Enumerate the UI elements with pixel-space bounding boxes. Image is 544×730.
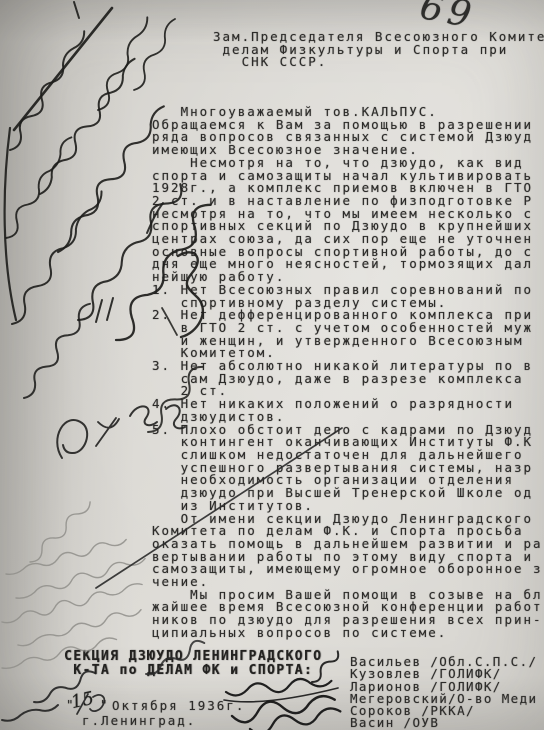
marginalia-stroke bbox=[134, 19, 175, 90]
marginalia-date-mark bbox=[96, 418, 119, 446]
pencil-stroke bbox=[2, 584, 142, 623]
marginalia-stroke bbox=[24, 304, 90, 398]
pencil-stroke bbox=[16, 559, 145, 599]
marginalia-tick bbox=[74, 2, 79, 18]
marginalia-stroke bbox=[98, 17, 147, 110]
marginalia-ticks bbox=[96, 298, 113, 322]
signature-flourish bbox=[116, 205, 211, 340]
marginalia-stroke bbox=[78, 184, 181, 320]
pencil-stroke bbox=[18, 610, 141, 646]
marginalia-stroke bbox=[2, 705, 58, 721]
marginalia-curve bbox=[5, 128, 16, 320]
handwritten-day-strokes bbox=[77, 694, 104, 714]
crossing-line bbox=[96, 428, 342, 588]
pencil-stroke bbox=[30, 502, 90, 562]
scanned-letter-page: Зам.Председателя Всесоюзного Комитета п … bbox=[0, 0, 544, 730]
signature-stroke bbox=[312, 651, 338, 682]
marginalia-flourish bbox=[178, 252, 203, 337]
marginalia-stroke bbox=[6, 137, 71, 238]
handwriting-marginalia-layer bbox=[0, 0, 544, 730]
pencil-stroke bbox=[2, 638, 117, 668]
crossing-line bbox=[14, 8, 112, 130]
signature-stroke bbox=[250, 708, 340, 730]
marginalia-curve bbox=[162, 308, 177, 335]
signature-stroke bbox=[232, 696, 335, 722]
marginalia-date-mark bbox=[57, 420, 87, 458]
marginalia-date-mark bbox=[130, 405, 185, 428]
marginalia-stroke bbox=[146, 641, 204, 674]
